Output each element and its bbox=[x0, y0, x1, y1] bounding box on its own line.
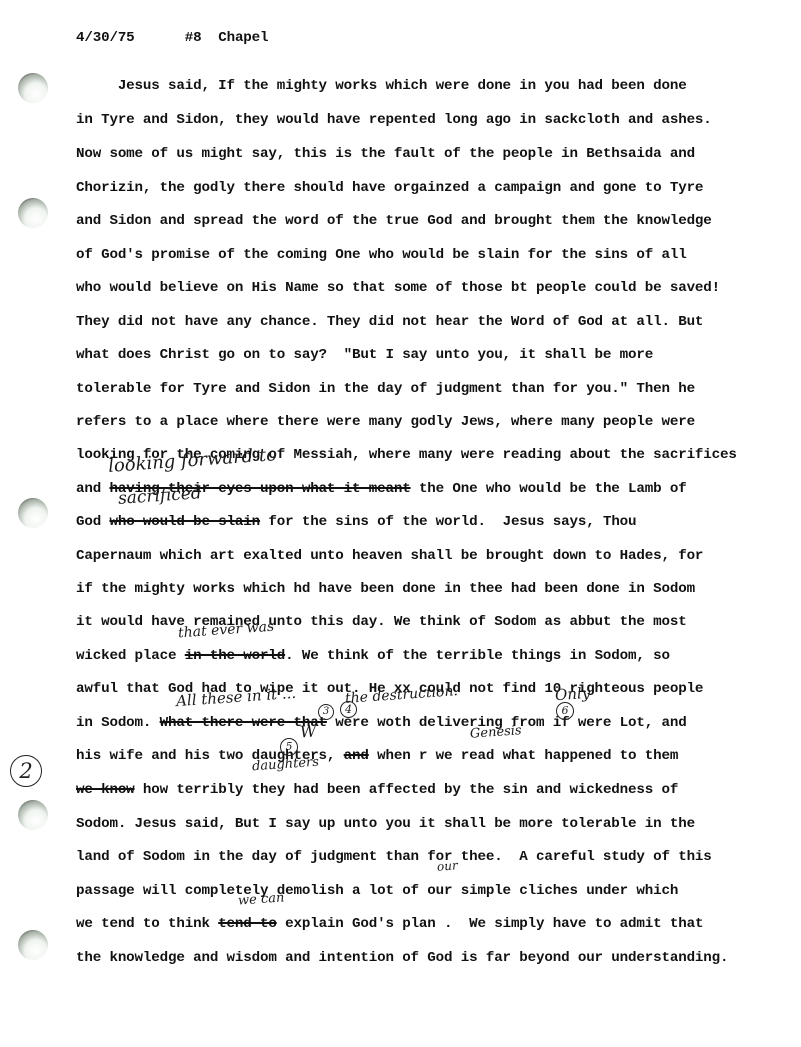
header-number: #8 bbox=[185, 30, 202, 46]
page-header: 4/30/75 #8 Chapel bbox=[76, 30, 268, 46]
typed-line: Capernaum which art exalted unto heaven … bbox=[76, 548, 703, 564]
typed-line: Jesus said, If the mighty works which we… bbox=[76, 78, 687, 94]
punch-hole-icon bbox=[18, 930, 48, 960]
typed-line: land of Sodom in the day of judgment tha… bbox=[76, 849, 712, 865]
typed-line: and Sidon and spread the word of the tru… bbox=[76, 213, 712, 229]
typed-line: passage will completely demolish a lot o… bbox=[76, 883, 678, 899]
typed-line: who would believe on His Name so that so… bbox=[76, 280, 720, 296]
typed-line: tolerable for Tyre and Sidon in the day … bbox=[76, 381, 695, 397]
typed-line: we tend to think tend to explain God's p… bbox=[76, 916, 703, 932]
typed-line: wicked place in the world. We think of t… bbox=[76, 648, 670, 664]
circled-number: 3 bbox=[318, 704, 334, 720]
typed-line: the knowledge and wisdom and intention o… bbox=[76, 950, 728, 966]
circled-number: 5 bbox=[280, 738, 298, 756]
struck-text: and bbox=[344, 748, 369, 764]
typed-line: in Sodom. What there were that were woth… bbox=[76, 715, 687, 731]
typed-line: refers to a place where there were many … bbox=[76, 414, 695, 430]
line-text: and bbox=[76, 481, 109, 497]
header-date: 4/30/75 bbox=[76, 30, 135, 46]
struck-text: in the world bbox=[185, 648, 285, 664]
line-text: when r we read what happened to them bbox=[369, 748, 678, 764]
line-text: God bbox=[76, 514, 109, 530]
typed-line: in Tyre and Sidon, they would have repen… bbox=[76, 112, 712, 128]
punch-hole-icon bbox=[18, 498, 48, 528]
struck-text: tend to bbox=[218, 916, 277, 932]
struck-text: who would be slain bbox=[109, 514, 260, 530]
handwritten-note: Genesis bbox=[470, 723, 523, 742]
typed-line: his wife and his two daughters, and when… bbox=[76, 748, 678, 764]
typed-line: we know how terribly they had been affec… bbox=[76, 782, 678, 798]
header-title: Chapel bbox=[218, 30, 268, 46]
line-text: . We think of the terrible things in Sod… bbox=[285, 648, 670, 664]
typed-line: They did not have any chance. They did n… bbox=[76, 314, 703, 330]
typed-line: it would have remained unto this day. We… bbox=[76, 614, 687, 630]
handwritten-note: W bbox=[299, 721, 317, 741]
typed-line: Sodom. Jesus said, But I say up unto you… bbox=[76, 816, 695, 832]
punch-hole-icon bbox=[18, 800, 48, 830]
punch-hole-icon bbox=[18, 73, 48, 103]
handwritten-note: Only bbox=[554, 684, 590, 704]
typed-line: Now some of us might say, this is the fa… bbox=[76, 146, 695, 162]
line-text: how terribly they had been affected by t… bbox=[135, 782, 679, 798]
circled-number: 2 bbox=[10, 755, 42, 787]
typed-line: if the mighty works which hd have been d… bbox=[76, 581, 695, 597]
line-text: wicked place bbox=[76, 648, 185, 664]
line-text: for the sins of the world. Jesus says, T… bbox=[260, 514, 636, 530]
line-text: the One who would be the Lamb of bbox=[411, 481, 687, 497]
typed-line: of God's promise of the coming One who w… bbox=[76, 247, 687, 263]
circled-number: 4 bbox=[340, 701, 357, 718]
line-text: in Sodom. bbox=[76, 715, 160, 731]
typed-line: what does Christ go on to say? "But I sa… bbox=[76, 347, 653, 363]
handwritten-note: our bbox=[437, 858, 459, 873]
line-text: explain God's plan . We simply have to a… bbox=[277, 916, 704, 932]
struck-text: we know bbox=[76, 782, 135, 798]
punch-hole-icon bbox=[18, 198, 48, 228]
circled-number: 6 bbox=[556, 702, 574, 720]
handwritten-note: we can bbox=[238, 890, 285, 908]
typed-line: God who would be slain for the sins of t… bbox=[76, 514, 636, 530]
document-page: 4/30/75 #8 Chapel Jesus said, If the mig… bbox=[0, 0, 801, 1047]
handwritten-note: daughters bbox=[252, 755, 320, 775]
typed-line: Chorizin, the godly there should have or… bbox=[76, 180, 703, 196]
line-text: we tend to think bbox=[76, 916, 218, 932]
